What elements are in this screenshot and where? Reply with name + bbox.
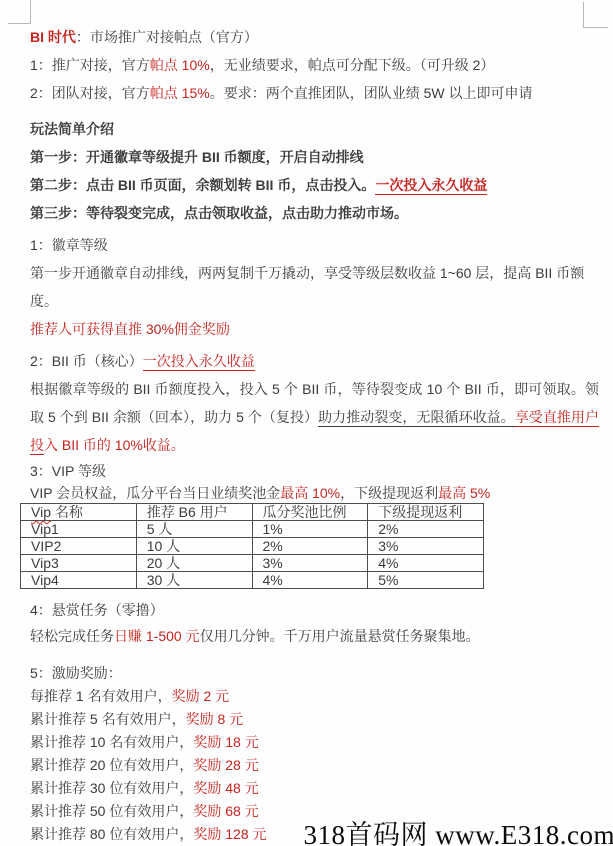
vip-table-header-referrals: 推荐 B6 用户 (136, 504, 252, 521)
reward-amount: 奖励 28 元 (193, 757, 258, 773)
highlight-10pct-income: 入 BII 币的 10%收益。 (44, 437, 185, 453)
reward-amount: 奖励 128 元 (193, 826, 266, 842)
reward-amount: 奖励 48 元 (193, 780, 258, 796)
section2-title: 2：BII 币（核心）一次投入永久收益 (30, 347, 599, 375)
guide-step-3: 第三步：等待裂变完成，点击领取收益，点击助力推动市场。 (30, 199, 599, 227)
document-body: BI 时代：市场推广对接帕点（官方） 1：推广对接，官方帕点 10%，无业绩要求… (0, 0, 613, 846)
highlight-daily-earn: 日赚 1-500 元 (114, 628, 200, 644)
vip-table: Vip 名称 推荐 B6 用户 瓜分奖池比例 下级提现返利 Vip1 5 人 1… (20, 503, 484, 589)
list-item: 累计推荐 5 名有效用户，奖励 8 元 (30, 708, 599, 731)
guide-step-1: 第一步：开通徽章等级提升 BII 币额度，开启自动排线 (30, 143, 599, 171)
reward-amount: 奖励 2 元 (172, 688, 230, 704)
vip-table-header-pool-ratio: 瓜分奖池比例 (252, 504, 368, 521)
highlight-rate-15: 帕点 15% (150, 85, 210, 101)
doc-title-rest: ：市场推广对接帕点（官方） (76, 29, 258, 45)
table-row: Vip3 20 人 3% 4% (21, 555, 484, 572)
highlight-invest-once: 一次投入永久收益 (375, 177, 487, 195)
section1-body: 第一步开通徽章自动排线，两两复制千万撬动，享受等级层数收益 1~60 层，提高 … (30, 259, 599, 315)
section1-title: 1：徽章等级 (30, 231, 599, 259)
table-cell: Vip3 (21, 555, 137, 572)
table-cell: VIP2 (21, 538, 137, 555)
doc-title: BI 时代：市场推广对接帕点（官方） (30, 23, 599, 51)
section5-title: 5：激励奖励： (30, 661, 599, 685)
table-row: VIP2 10 人 2% 3% (21, 538, 484, 555)
table-cell: 4% (252, 572, 368, 589)
table-cell: 3% (368, 538, 484, 555)
highlight-max-10: 最高 10% (280, 485, 340, 501)
table-cell: Vip1 (21, 521, 137, 538)
list-item: 累计推荐 30 位有效用户，奖励 48 元 (30, 777, 599, 800)
site-watermark: 318首码网 www.E318.com (304, 813, 613, 846)
underlined-cycle-note: 助力推动裂变，无限循环收益。 (318, 409, 515, 427)
list-item: 每推荐 1 名有效用户，奖励 2 元 (30, 685, 599, 708)
intro-line-1: 1：推广对接，官方帕点 10%，无业绩要求，帕点可分配下级。（可升级 2） (30, 51, 599, 79)
vip-table-header-name: Vip 名称 (21, 504, 137, 521)
guide-step-2: 第二步：点击 BII 币页面，余额划转 BII 币，点击投入。一次投入永久收益 (30, 171, 599, 199)
guide-heading: 玩法简单介绍 (30, 115, 599, 143)
table-cell: 2% (252, 538, 368, 555)
section4-body: 轻松完成任务日赚 1-500 元仅用几分钟。千万用户流量悬赏任务聚集地。 (30, 623, 599, 649)
table-cell: 2% (368, 521, 484, 538)
highlight-invest-once-2: 一次投入永久收益 (143, 353, 255, 371)
table-row: Vip1 5 人 1% 2% (21, 521, 484, 538)
section1-commission-note: 推荐人可获得直推 30%佣金奖励 (30, 315, 599, 343)
table-cell: 5% (368, 572, 484, 589)
list-item: 累计推荐 10 名有效用户，奖励 18 元 (30, 731, 599, 754)
table-cell: 1% (252, 521, 368, 538)
vip-table-header-rebate: 下级提现返利 (368, 504, 484, 521)
table-cell: 10 人 (136, 538, 252, 555)
reward-amount: 奖励 8 元 (186, 711, 244, 727)
table-cell: 4% (368, 555, 484, 572)
highlight-max-5: 最高 5% (438, 485, 490, 501)
vip-table-header-row: Vip 名称 推荐 B6 用户 瓜分奖池比例 下级提现返利 (21, 504, 484, 521)
section2-body: 根据徽章等级的 BII 币额度投入，投入 5 个 BII 币，等待裂变成 10 … (30, 375, 599, 459)
table-cell: 20 人 (136, 555, 252, 572)
table-cell: 5 人 (136, 521, 252, 538)
table-cell: Vip4 (21, 572, 137, 589)
section4-title: 4：悬赏任务（零撸） (30, 597, 599, 623)
list-item: 累计推荐 20 位有效用户，奖励 28 元 (30, 754, 599, 777)
reward-amount: 奖励 68 元 (193, 803, 258, 819)
intro-line-2: 2：团队对接，官方帕点 15%。要求：两个直推团队，团队业绩 5W 以上即可申请 (30, 79, 599, 107)
section3-benefit-line: VIP 会员权益，瓜分平台当日业绩奖池金最高 10%，下级提现返利最高 5% (30, 483, 599, 503)
table-cell: 3% (252, 555, 368, 572)
highlight-rate-10: 帕点 10% (150, 57, 210, 73)
section3-title: 3：VIP 等级 (30, 459, 599, 483)
reward-amount: 奖励 18 元 (193, 734, 258, 750)
table-row: Vip4 30 人 4% 5% (21, 572, 484, 589)
brand-name: BI 时代 (30, 29, 76, 45)
table-cell: 30 人 (136, 572, 252, 589)
